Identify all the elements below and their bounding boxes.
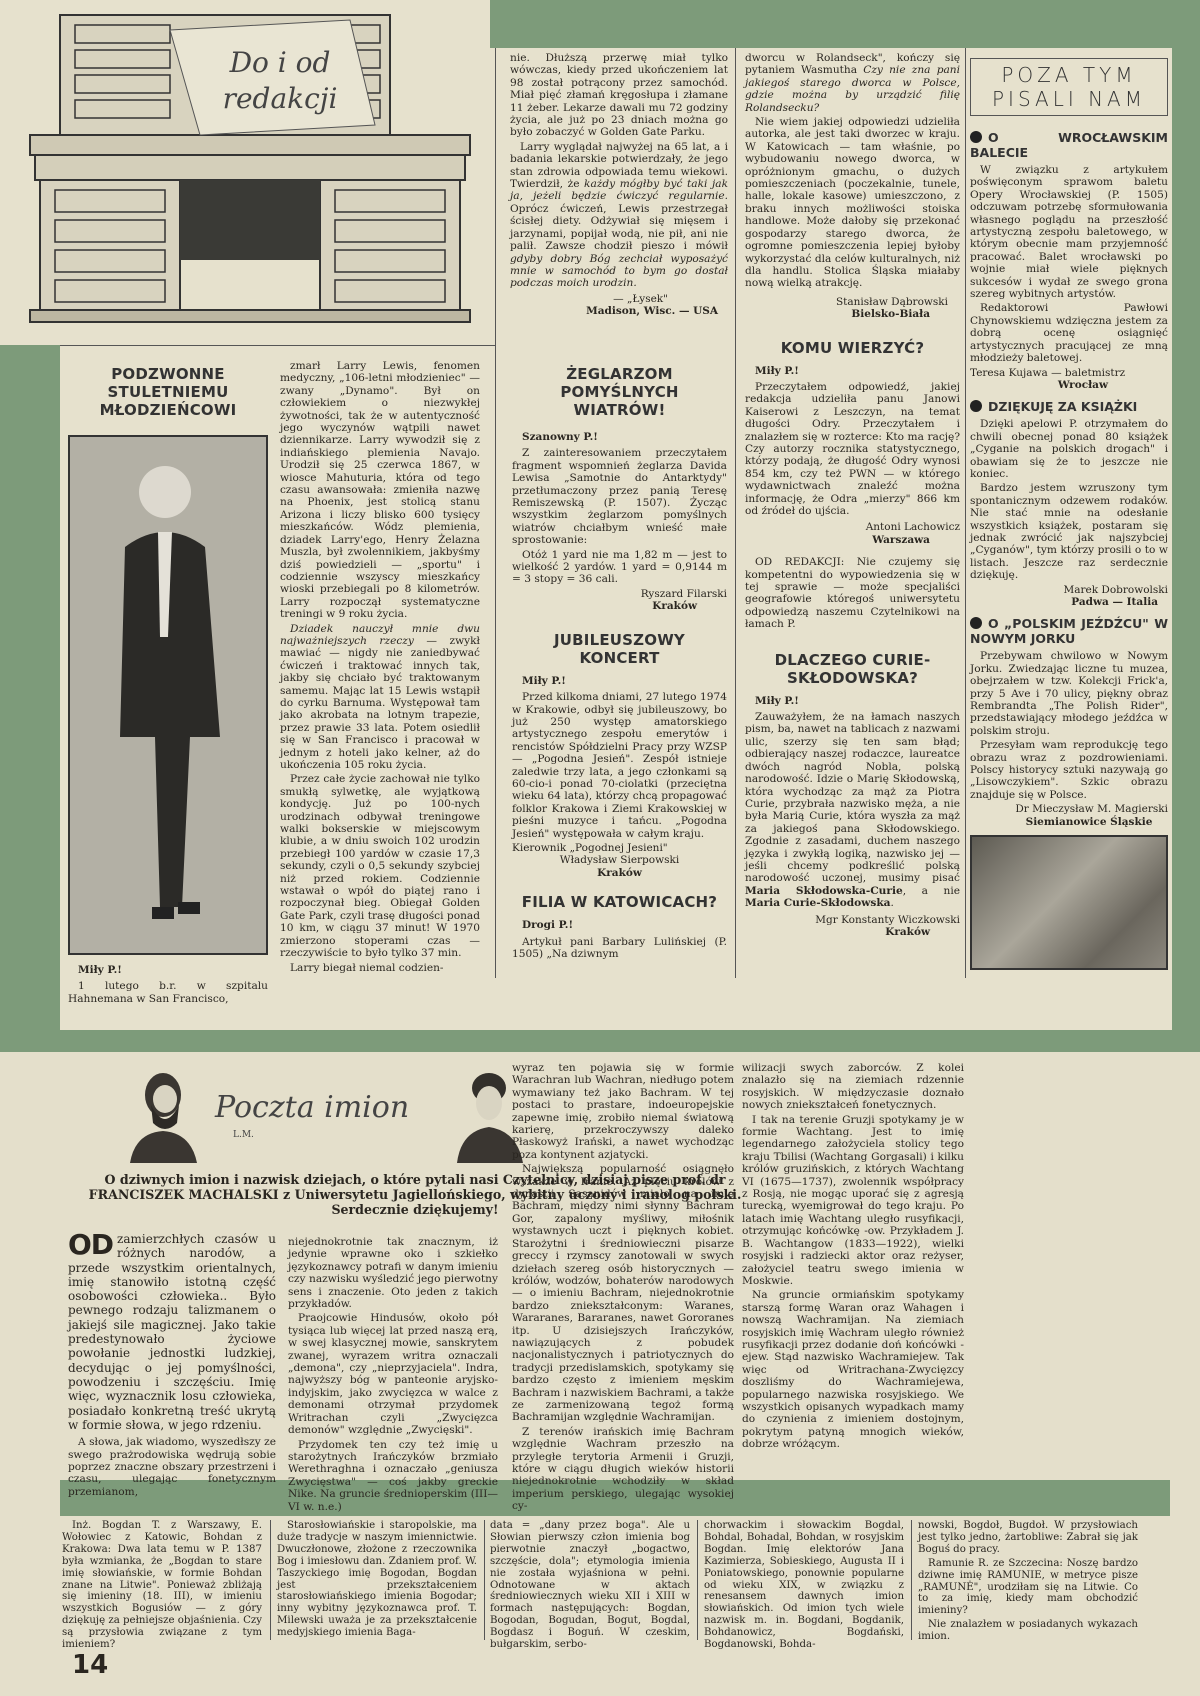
jubileusz-p1: Przed kilkoma dniami, 27 lutego 1974 w K… bbox=[512, 691, 727, 840]
komu-p1: Przeczytałem odpowiedź, jakiej redakcja … bbox=[745, 381, 960, 517]
filia-signature: Stanisław Dąbrowski bbox=[745, 296, 960, 308]
larry-col1: PODZWONNE STULETNIEMU MŁODZIEŃCOWI bbox=[68, 365, 268, 427]
polish-rider-painting bbox=[970, 835, 1168, 970]
dropcap: OD bbox=[68, 1232, 113, 1258]
bullet-dot-icon bbox=[970, 400, 982, 412]
komu-signature: Antoni Lachowicz bbox=[745, 521, 960, 533]
poczta-col4-p1: wilizacji swych zaborców. Z kolei znalaz… bbox=[742, 1062, 964, 1112]
bottom-col5-p3: Nie znalazłem w posiadanych wykazach imi… bbox=[918, 1619, 1138, 1643]
poza-line2: PISALI NAM bbox=[971, 87, 1167, 111]
bottom-col1: Inż. Bogdan T. z Warszawy, E. Wołowiec z… bbox=[62, 1520, 262, 1653]
larry-salutation: Miły P.! bbox=[78, 964, 268, 976]
poza-tym-box: POZA TYM PISALI NAM bbox=[970, 58, 1168, 116]
zeglarzom-city: Kraków bbox=[512, 600, 727, 612]
poczta-col2-p2: Praojcowie Hindusów, około pół tysiąca l… bbox=[288, 1312, 498, 1436]
larry-col3-p2-d: gdyby dobry Bóg zechciał wyposażyć mnie … bbox=[510, 253, 728, 290]
rule-bottom-1 bbox=[270, 1520, 271, 1640]
komu-reply: OD REDAKCJI: Nie czujemy się kompetentni… bbox=[745, 556, 960, 630]
poza-item-1: DZIĘKUJĘ ZA KSIĄŻKI Dzięki apelowi P. ot… bbox=[970, 399, 1168, 608]
zeglarzom-title: ŻEGLARZOM POMYŚLNYCH WIATRÓW! bbox=[550, 365, 690, 419]
man-figure-icon bbox=[70, 437, 266, 953]
poza-item-2-city: Siemianowice Śląskie bbox=[970, 816, 1168, 828]
curie-signature: Mgr Konstanty Wiczkowski bbox=[745, 914, 960, 926]
bottom-col1-text: Inż. Bogdan T. z Warszawy, E. Wołowiec z… bbox=[62, 1520, 262, 1651]
poza-item-1-signature: Marek Dobrowolski bbox=[970, 584, 1168, 596]
filia-salutation: Drogi P.! bbox=[522, 919, 727, 931]
larry-col2-p4: Larry biegał niemal codzien- bbox=[280, 962, 480, 974]
larry-col2-p3: Przez całe życie zachował nie tylko smuk… bbox=[280, 773, 480, 959]
poczta-col1-p2: A słowa, jak wiadomo, wyszedłszy ze sweg… bbox=[68, 1436, 276, 1498]
komu-salutation: Miły P.! bbox=[755, 365, 960, 377]
poczta-initials: L.M. bbox=[233, 1130, 254, 1140]
curie-salutation: Miły P.! bbox=[755, 695, 960, 707]
curie-p1-text: Zauważyłem, że na łamach naszych pism, b… bbox=[745, 711, 960, 884]
larry-col1-text: Miły P.! 1 lutego b.r. w szpitalu Hahnem… bbox=[68, 960, 268, 1007]
larry-lewis-photo bbox=[68, 435, 268, 955]
jubileusz-sig1: Kierownik „Pogodnej Jesieni" bbox=[512, 842, 727, 854]
bottom-col4: chorwackim i słowackim Bogdal, Bohdal, B… bbox=[704, 1520, 904, 1653]
poczta-imion-title: Poczta imion bbox=[215, 1090, 409, 1125]
poza-item-0-city: Wrocław bbox=[970, 379, 1168, 391]
filia-col-p1: dworcu w Rolandseck", kończy się pytanie… bbox=[745, 52, 960, 114]
filia-col-p2: Nie wiem jakiej odpowiedzi udzieliła aut… bbox=[745, 116, 960, 290]
poczta-col4: wilizacji swych zaborców. Z kolei znalaz… bbox=[742, 1062, 964, 1453]
filia-city: Bielsko-Biała bbox=[745, 308, 960, 320]
bottom-col3-text: data = „dany przez boga". Ale u Słowian … bbox=[490, 1520, 690, 1651]
larry-pseudonym: — „Łysek" bbox=[510, 293, 728, 305]
jubileusz-title: JUBILEUSZOWY KONCERT bbox=[545, 631, 695, 667]
rule-v3 bbox=[965, 48, 966, 978]
green-right-band bbox=[1172, 0, 1200, 1050]
larry-place: Madison, Wisc. — USA bbox=[510, 305, 728, 317]
poza-column: O WROCŁAWSKIM BALECIE W związku z artyku… bbox=[970, 122, 1168, 828]
rule-bottom-3 bbox=[697, 1520, 698, 1640]
curie-mid: , a nie bbox=[903, 885, 960, 897]
bullet-dot-icon bbox=[970, 131, 982, 143]
poczta-col4-p3: Na gruncie ormiańskim spotykamy starszą … bbox=[742, 1289, 964, 1450]
right-middle-column: dworcu w Rolandseck", kończy się pytanie… bbox=[745, 52, 960, 938]
poza-item-0-heading: O WROCŁAWSKIM BALECIE bbox=[970, 130, 1168, 160]
poza-item-2-heading: O „POLSKIM JEŹDŹCU" W NOWYM JORKU bbox=[970, 616, 1168, 646]
filia-title: FILIA W KATOWICACH? bbox=[512, 893, 727, 911]
larry-col2-p1: zmarł Larry Lewis, fenomen medyczny, „10… bbox=[280, 360, 480, 621]
larry-col2-p2: Dziadek nauczył mnie dwu najważniejszych… bbox=[280, 623, 480, 772]
bottom-col4-text: chorwackim i słowackim Bogdal, Bohdal, B… bbox=[704, 1520, 904, 1651]
larry-col3: nie. Dłuższą przerwę miał tylko wówczas,… bbox=[510, 52, 728, 318]
curie-p1: Zauważyłem, że na łamach naszych pism, b… bbox=[745, 711, 960, 910]
poza-item-1-title: DZIĘKUJĘ ZA KSIĄŻKI bbox=[988, 399, 1137, 414]
green-mid-band bbox=[0, 1030, 1200, 1052]
bottom-col3: data = „dany przez boga". Ale u Słowian … bbox=[490, 1520, 690, 1653]
rule-v2 bbox=[735, 48, 736, 978]
jubileusz-salutation: Miły P.! bbox=[522, 675, 727, 687]
bottom-col5: nowski, Bogdoł, Bugdoł. W przysłowiach j… bbox=[918, 1520, 1138, 1645]
poza-item-2-signature: Dr Mieczysław M. Magierski bbox=[970, 803, 1168, 815]
larry-col2-p2-rest: — zwykł mawiać — nigdy nie zaniedbywać ć… bbox=[280, 635, 480, 771]
poza-item-1-heading: DZIĘKUJĘ ZA KSIĄŻKI bbox=[970, 399, 1168, 414]
poczta-col1-p1: ODzamierzchłych czasów u różnych narodów… bbox=[68, 1232, 276, 1432]
poczta-col2-p3: Przydomek ten czy też imię u starożytnyc… bbox=[288, 1439, 498, 1513]
curie-city: Kraków bbox=[745, 926, 960, 938]
poza-item-2: O „POLSKIM JEŹDŹCU" W NOWYM JORKU Przeby… bbox=[970, 616, 1168, 828]
poza-item-0-signature: Teresa Kujawa — baletmistrz bbox=[970, 367, 1168, 379]
zeglarzom-p2: Otóż 1 yard nie ma 1,82 m — jest to wiel… bbox=[512, 549, 727, 586]
curie-end: . bbox=[891, 897, 894, 909]
poczta-col3: wyraz ten pojawia się w formie Warachran… bbox=[512, 1062, 734, 1515]
poza-item-0: O WROCŁAWSKIM BALECIE W związku z artyku… bbox=[970, 130, 1168, 391]
poczta-col2: niejednokrotnie tak znacznym, iż jedynie… bbox=[288, 1236, 498, 1515]
poczta-col3-p2: Największą popularność osiągnęło wszakże… bbox=[512, 1163, 734, 1424]
bottom-col5-p1: nowski, Bogdoł, Bugdoł. W przysłowiach j… bbox=[918, 1520, 1138, 1556]
poza-item-2-p1: Przesyłam wam reprodukcję tego obrazu wr… bbox=[970, 739, 1168, 801]
larry-p1: 1 lutego b.r. w szpitalu Hahnemana w San… bbox=[68, 980, 268, 1005]
larry-col3-p2: Larry wyglądał najwyżej na 65 lat, a i b… bbox=[510, 141, 728, 290]
page-number: 14 bbox=[72, 1650, 108, 1680]
poczta-col1: ODzamierzchłych czasów u różnych narodów… bbox=[68, 1232, 276, 1500]
poza-item-1-p1: Bardzo jestem wzruszony tym spontaniczny… bbox=[970, 482, 1168, 581]
zeglarzom-signature: Ryszard Filarski bbox=[512, 588, 727, 600]
poza-item-1-city: Padwa — Italia bbox=[970, 596, 1168, 608]
larry-title: PODZWONNE STULETNIEMU MŁODZIEŃCOWI bbox=[68, 365, 268, 419]
poczta-col3-p1: wyraz ten pojawia się w formie Warachran… bbox=[512, 1062, 734, 1161]
larry-col3-p1: nie. Dłuższą przerwę miał tylko wówczas,… bbox=[510, 52, 728, 139]
poczta-col4-p2: I tak na terenie Gruzji spotykamy je w f… bbox=[742, 1114, 964, 1288]
zeglarzom-salutation: Szanowny P.! bbox=[522, 431, 727, 443]
do-i-od-redakcji-title: Do i od redakcji bbox=[205, 45, 355, 117]
curie-title: DLACZEGO CURIE-SKŁODOWSKA? bbox=[745, 651, 960, 687]
bottom-col5-p2: Ramunie R. ze Szczecina: Noszę bardzo dz… bbox=[918, 1558, 1138, 1618]
poza-line1: POZA TYM bbox=[971, 63, 1167, 87]
middle-column: ŻEGLARZOM POMYŚLNYCH WIATRÓW! Szanowny P… bbox=[512, 355, 727, 962]
komu-title: KOMU WIERZYĆ? bbox=[745, 339, 960, 357]
curie-bold1: Maria Skłodowska-Curie bbox=[745, 885, 903, 897]
jubileusz-city: Kraków bbox=[512, 867, 727, 879]
bullet-dot-icon bbox=[970, 617, 982, 629]
curie-bold2: Maria Curie-Skłodowska bbox=[745, 897, 891, 909]
poza-item-1-p0: Dzięki apelowi P. otrzymałem do chwili o… bbox=[970, 418, 1168, 480]
poza-item-0-p0: W związku z artykułem poświęconym sprawo… bbox=[970, 164, 1168, 300]
rule-bottom-4 bbox=[911, 1520, 912, 1640]
bottom-col2-text: Starosłowiańskie i staropolskie, ma duże… bbox=[277, 1520, 477, 1639]
poczta-col1-text: zamierzchłych czasów u różnych narodów, … bbox=[68, 1232, 276, 1432]
rule-v1 bbox=[495, 48, 496, 978]
larry-col2: zmarł Larry Lewis, fenomen medyczny, „10… bbox=[280, 360, 480, 976]
poczta-col2-p1: niejednokrotnie tak znacznym, iż jedynie… bbox=[288, 1236, 498, 1310]
poza-item-2-p0: Przebywam chwilowo w Nowym Jorku. Zwiedz… bbox=[970, 650, 1168, 737]
poza-item-0-p1: Redaktorowi Pawłowi Chynowskiemu wdzięcz… bbox=[970, 302, 1168, 364]
komu-city: Warszawa bbox=[745, 534, 960, 546]
jubileusz-sig2: Władysław Sierpowski bbox=[512, 854, 727, 866]
poza-item-2-title: O „POLSKIM JEŹDŹCU" W NOWYM JORKU bbox=[970, 616, 1168, 646]
portrait-bearded-man bbox=[125, 1063, 200, 1163]
filia-p1: Artykuł pani Barbary Lulińskiej (P. 1505… bbox=[512, 936, 727, 961]
rule-h-top bbox=[60, 345, 495, 346]
rule-bottom-2 bbox=[484, 1520, 485, 1640]
poza-item-0-title: O WROCŁAWSKIM BALECIE bbox=[970, 130, 1168, 160]
larry-col3-p2-c: Oprócz ćwiczeń, Lewis przestrzegał ścisł… bbox=[510, 203, 728, 252]
bottom-col2: Starosłowiańskie i staropolskie, ma duże… bbox=[277, 1520, 477, 1641]
poczta-col3-p3: Z terenów irańskich imię Bachram względn… bbox=[512, 1426, 734, 1513]
zeglarzom-p1: Z zainteresowaniem przeczytałem fragment… bbox=[512, 447, 727, 546]
